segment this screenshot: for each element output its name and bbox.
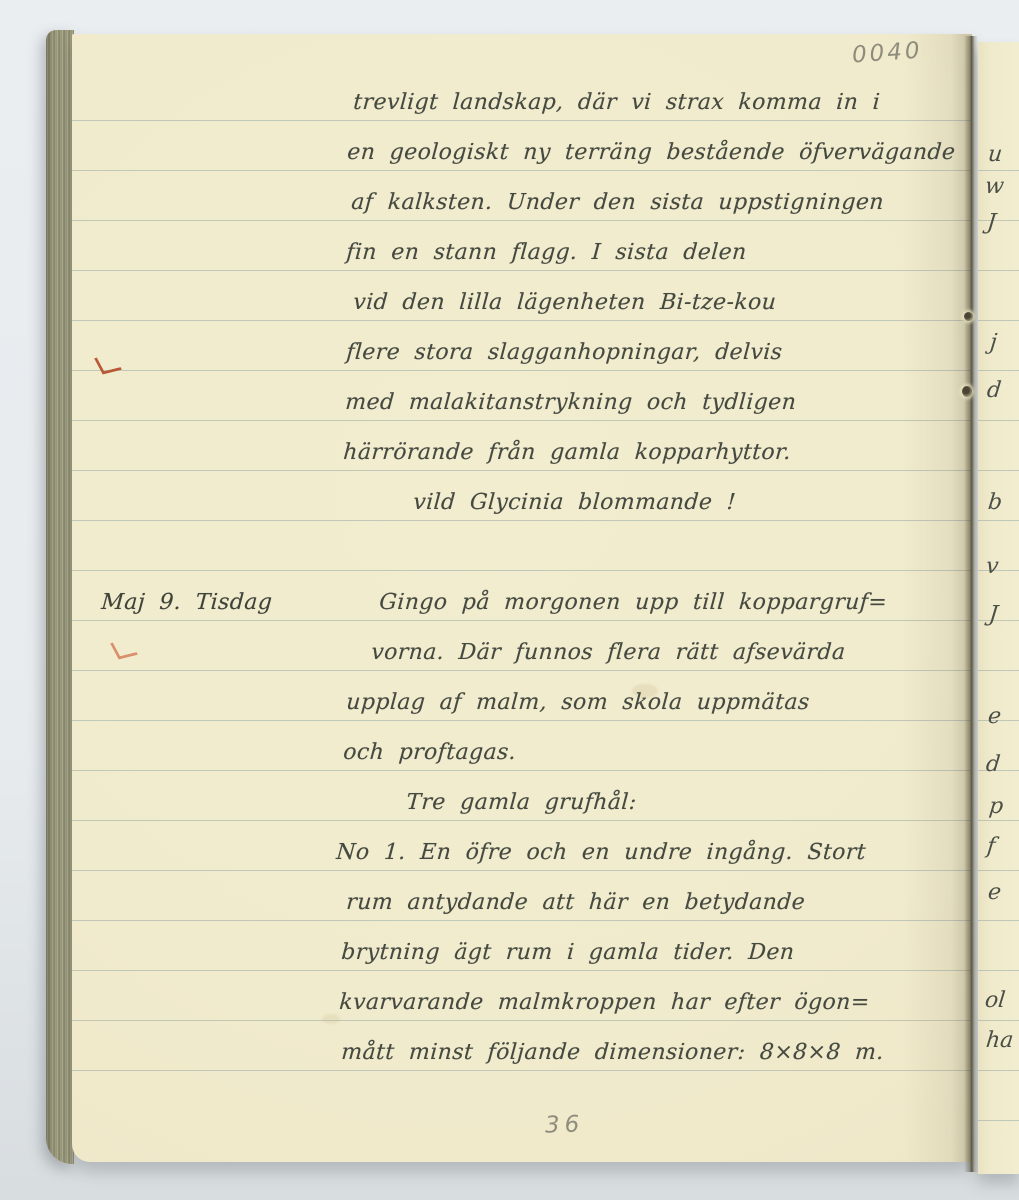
handwriting-line: brytning ägt rum i gamla tider. Den xyxy=(340,934,796,972)
handwriting-line: fin en stann flagg. I sista delen xyxy=(345,234,748,272)
binding-hole xyxy=(964,312,973,321)
handwriting-line: upplag af malm, som skola uppmätas xyxy=(345,684,811,722)
ruled-lines xyxy=(978,121,1019,1121)
handwriting-fragment: e xyxy=(987,880,1003,905)
handwriting-fragment: ha xyxy=(985,1028,1015,1053)
page-edge-stack xyxy=(46,30,74,1164)
handwriting-fragment: e xyxy=(987,704,1003,729)
handwriting-fragment: p xyxy=(988,794,1005,819)
handwriting-line: rum antydande att här en betydande xyxy=(345,884,806,922)
handwriting-fragment: w xyxy=(984,174,1005,199)
handwriting-fragment: b xyxy=(987,490,1004,515)
next-page-sliver: u w J j d b v J e d p f e ol ha xyxy=(978,42,1019,1174)
handwriting-line: Tre gamla grufhål: xyxy=(405,784,638,822)
scanned-notebook-photo: u w J j d b v J e d p f e ol ha 0040 tre… xyxy=(0,0,1019,1200)
handwriting-line: härrörande från gamla kopparhyttor. xyxy=(342,434,792,472)
binding-hole xyxy=(962,386,972,397)
handwriting-fragment: u xyxy=(987,142,1004,167)
handwriting-line: vild Glycinia blommande ! xyxy=(412,484,737,522)
handwriting-fragment: d xyxy=(986,378,1003,403)
handwriting-line: No 1. En öfre och en undre ingång. Stort xyxy=(335,834,867,872)
handwriting-line: flere stora slagganhopningar, delvis xyxy=(345,334,784,372)
handwriting-line: vorna. Där funnos flera rätt afsevärda xyxy=(370,634,847,672)
handwriting-line: och proftagas. xyxy=(342,734,517,772)
handwriting-line: af kalksten. Under den sista uppstigning… xyxy=(350,184,885,222)
archive-number: 0040 xyxy=(851,38,923,69)
handwriting-line: mått minst följande dimensioner: 8×8×8 m… xyxy=(340,1034,885,1072)
handwriting-line: vid den lilla lägenheten Bi-tze-kou xyxy=(352,284,778,322)
handwriting-line: trevligt landskap, där vi strax komma in… xyxy=(352,84,881,122)
handwriting-fragment: v xyxy=(985,554,1000,579)
gutter-shading xyxy=(902,34,972,1162)
handwriting-fragment: d xyxy=(985,752,1002,777)
margin-date: Maj 9. Tisdag xyxy=(100,584,274,622)
handwriting-line: kvarvarande malmkroppen har efter ögon= xyxy=(338,984,871,1022)
handwriting-line: med malakitanstrykning och tydligen xyxy=(344,384,798,422)
handwriting-line: en geologiskt ny terräng bestående öfver… xyxy=(346,134,957,172)
handwriting-line: Gingo på morgonen upp till koppargruf= xyxy=(378,584,888,622)
page-number: 36 xyxy=(545,1111,585,1138)
gutter-fold xyxy=(964,36,978,1172)
handwriting-fragment: ol xyxy=(984,988,1007,1013)
